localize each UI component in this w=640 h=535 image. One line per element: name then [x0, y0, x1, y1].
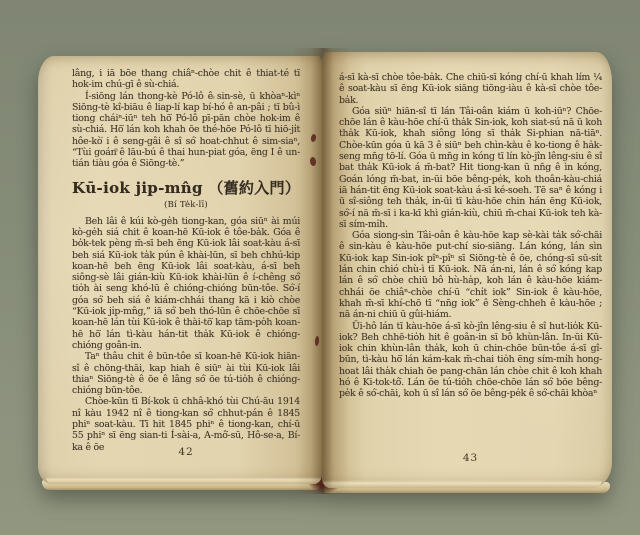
book-photo: lâng, i iā bōe thang chiâⁿ-chòe chit ê t…	[0, 0, 640, 535]
right-page: á-sī kà-sī chòe tôe-ba̍k. Che chiū-sī kó…	[322, 52, 612, 488]
paragraph: Chòe-kūn tī Bí-kok ū chhâ-khó tùi Chú-āu…	[72, 396, 300, 452]
page-number: 43	[339, 452, 602, 464]
foxing-spot	[114, 148, 118, 152]
paragraph-continuation: á-sī kà-sī chòe tôe-ba̍k. Che chiū-sī kó…	[339, 72, 602, 106]
paragraph: Taⁿ thâu chit ê būn-tôe sī koan-hē Kū-io…	[72, 351, 300, 396]
foxing-spot	[512, 142, 515, 145]
paragraph: Ūi-hô lán tī kàu-hōe á-sī kò-jîn lêng-si…	[339, 321, 602, 400]
paragraph: Góa siong-sìn Tâi-oân ê kàu-hōe kap sè-k…	[339, 230, 602, 320]
left-page: lâng, i iā bōe thang chiâⁿ-chòe chit ê t…	[38, 56, 322, 484]
paragraph-continuation: lâng, i iā bōe thang chiâⁿ-chòe chit ê t…	[72, 68, 300, 91]
section-subtitle: (Bí Te̍k-lī)	[72, 200, 300, 211]
foxing-spot	[212, 96, 215, 99]
paragraph: Góa siūⁿ hiān-sî tī lán Tâi-oân kiám ū k…	[339, 106, 602, 230]
left-page-text: lâng, i iā bōe thang chiâⁿ-chòe chit ê t…	[72, 68, 300, 453]
paragraph: Beh lâi ê kúi kò-ge̍h tiong-kan, góa siū…	[72, 216, 300, 352]
open-book: lâng, i iā bōe thang chiâⁿ-chòe chit ê t…	[36, 44, 616, 496]
right-page-text: á-sī kà-sī chòe tôe-ba̍k. Che chiū-sī kó…	[339, 72, 602, 400]
page-number: 42	[72, 446, 300, 458]
paragraph: Í-siōng lán thong-kè Pó-lô ê sin-sè, ū k…	[72, 91, 300, 170]
section-heading: Kū-iok jip-mn̂g （舊約入門）	[72, 177, 300, 199]
